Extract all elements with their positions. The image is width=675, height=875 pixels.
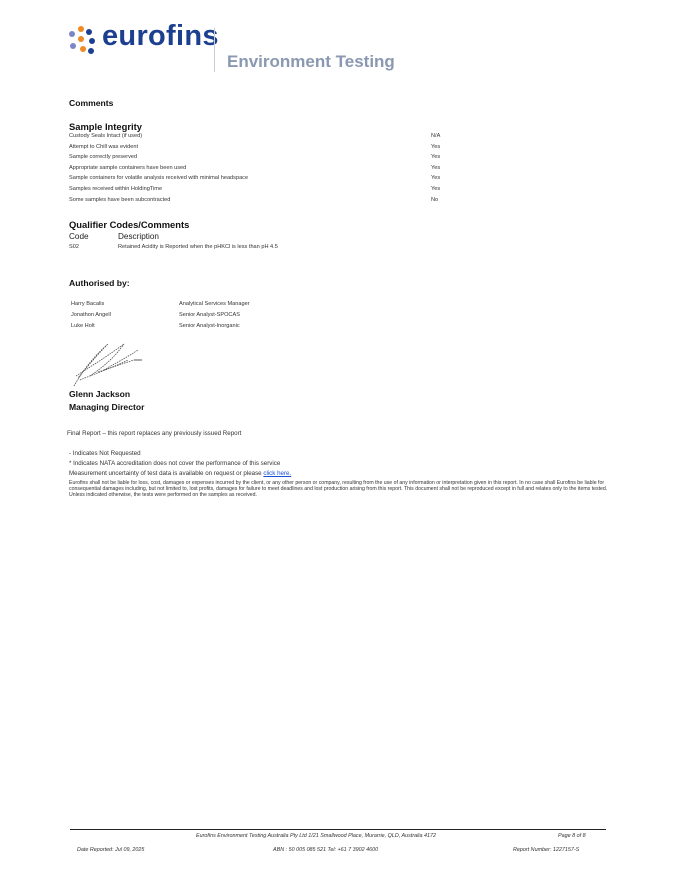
authorised-person-row: Luke HoltSenior Analyst-Inorganic — [71, 321, 311, 332]
integrity-value: Yes — [431, 142, 440, 153]
signatory-name: Glenn Jackson — [69, 389, 130, 399]
integrity-value: No — [431, 195, 438, 206]
logo-dot — [88, 48, 94, 54]
authorised-person-row: Jonathon AngellSenior Analyst-SPOCAS — [71, 310, 311, 321]
integrity-label: Sample containers for volatile analysis … — [69, 173, 248, 184]
logo-dot — [86, 29, 92, 35]
person-role: Senior Analyst-Inorganic — [179, 321, 240, 332]
logo-dot — [69, 31, 75, 37]
signatory-title: Managing Director — [69, 402, 144, 412]
uncertainty-note: Measurement uncertainty of test data is … — [69, 470, 291, 477]
click-here-link[interactable]: click here. — [263, 470, 291, 477]
sample-integrity-row: Some samples have been subcontractedNo — [69, 195, 449, 206]
footer-divider — [70, 829, 606, 830]
logo-dot — [89, 38, 95, 44]
qualifier-heading: Qualifier Codes/Comments — [69, 219, 189, 230]
qualifier-code: S02 — [69, 242, 79, 253]
person-role: Analytical Services Manager — [179, 299, 250, 310]
integrity-label: Attempt to Chill was evident — [69, 142, 138, 153]
qualifier-description: Retained Acidity is Reported when the pH… — [118, 242, 278, 253]
integrity-value: Yes — [431, 173, 440, 184]
integrity-value: Yes — [431, 152, 440, 163]
disclaimer-text: Eurofins shall not be liable for loss, c… — [69, 481, 609, 498]
integrity-value: Yes — [431, 184, 440, 195]
person-role: Senior Analyst-SPOCAS — [179, 310, 240, 321]
integrity-label: Appropriate sample containers have been … — [69, 163, 186, 174]
logo-dots-icon — [66, 26, 96, 56]
integrity-value: Yes — [431, 163, 440, 174]
not-requested-note: - Indicates Not Requested — [69, 450, 141, 457]
comments-heading: Comments — [69, 98, 113, 108]
authorised-list: Harry BacalisAnalytical Services Manager… — [71, 299, 311, 331]
integrity-value: N/A — [431, 131, 440, 142]
signature-image — [68, 338, 148, 390]
qualifier-description-header: Description — [118, 232, 159, 241]
integrity-label: Custody Seals Intact (if used) — [69, 131, 142, 142]
eurofins-logo: eurofins Environment Testing — [66, 22, 396, 78]
logo-divider — [214, 28, 215, 72]
nata-note: * Indicates NATA accreditation does not … — [69, 460, 280, 467]
integrity-label: Samples received within HoldingTime — [69, 184, 162, 195]
footer-abn-tel: ABN : 50 005 085 521 Tel: +61 7 3902 460… — [273, 847, 378, 853]
person-name: Harry Bacalis — [71, 299, 104, 310]
logo-wordmark: eurofins — [102, 20, 219, 53]
logo-dot — [78, 36, 84, 42]
authorised-person-row: Harry BacalisAnalytical Services Manager — [71, 299, 311, 310]
person-name: Luke Holt — [71, 321, 95, 332]
sample-integrity-row: Sample correctly preservedYes — [69, 152, 449, 163]
sample-integrity-row: Samples received within HoldingTimeYes — [69, 184, 449, 195]
logo-dot — [78, 26, 84, 32]
authorised-heading: Authorised by: — [69, 278, 130, 288]
footer-date-reported: Date Reported: Jul 09, 2025 — [77, 847, 144, 853]
logo-subtitle: Environment Testing — [227, 52, 395, 72]
qualifier-code-header: Code — [69, 232, 89, 241]
integrity-label: Some samples have been subcontracted — [69, 195, 170, 206]
logo-dot — [70, 43, 76, 49]
logo-dot — [80, 46, 86, 52]
sample-integrity-row: Custody Seals Intact (if used)N/A — [69, 131, 449, 142]
final-report-note: Final Report – this report replaces any … — [67, 430, 241, 437]
footer-report-number: Report Number: 1227157-S — [513, 847, 579, 853]
sample-integrity-row: Sample containers for volatile analysis … — [69, 173, 449, 184]
footer-company-address: Eurofins Environment Testing Australia P… — [196, 833, 436, 839]
sample-integrity-row: Appropriate sample containers have been … — [69, 163, 449, 174]
sample-integrity-list: Custody Seals Intact (if used)N/AAttempt… — [69, 131, 449, 205]
integrity-label: Sample correctly preserved — [69, 152, 137, 163]
footer-page-number: Page 8 of 8 — [558, 833, 586, 839]
person-name: Jonathon Angell — [71, 310, 111, 321]
uncertainty-text: Measurement uncertainty of test data is … — [69, 470, 263, 477]
sample-integrity-row: Attempt to Chill was evidentYes — [69, 142, 449, 153]
